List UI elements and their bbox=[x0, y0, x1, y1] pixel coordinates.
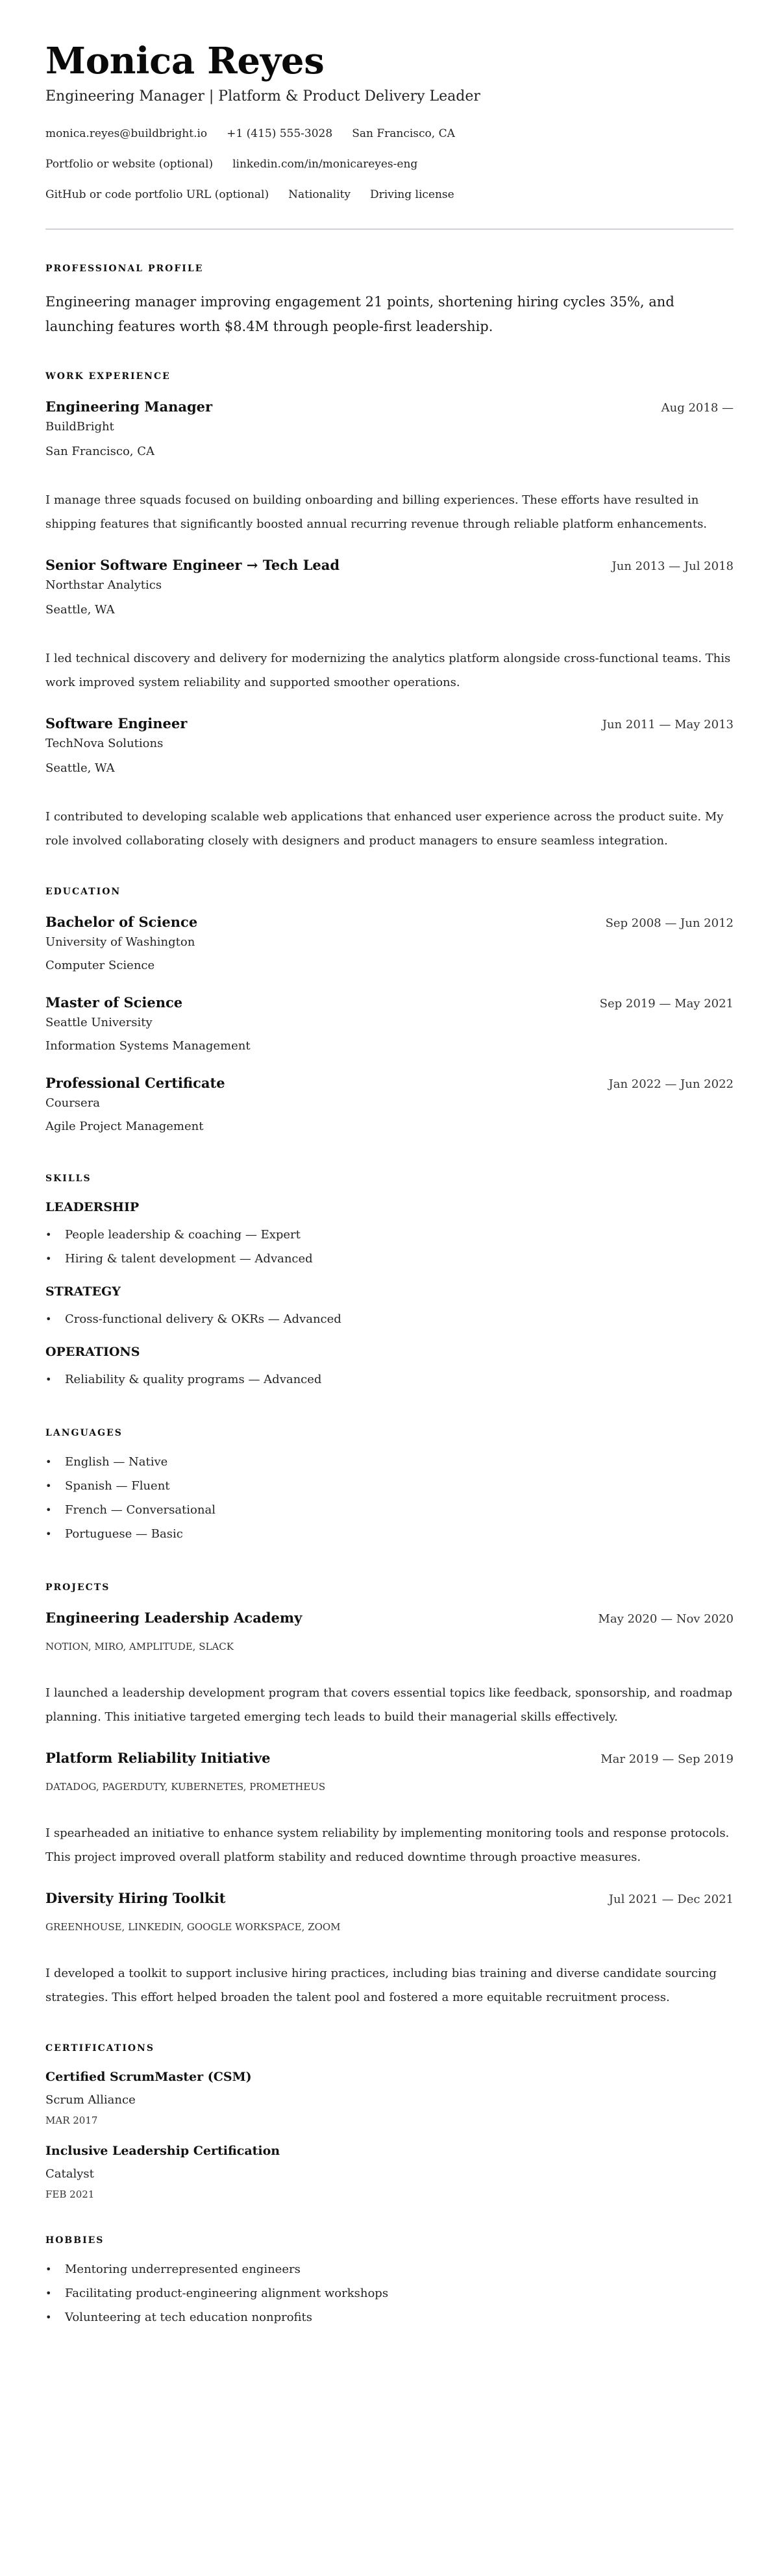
project-entry: Platform Reliability Initiative Mar 2019… bbox=[45, 1748, 734, 1869]
certification-name: Inclusive Leadership Certification bbox=[45, 2142, 734, 2160]
header-divider bbox=[45, 228, 734, 230]
contact-location: San Francisco, CA bbox=[352, 126, 455, 141]
language-item: Portuguese — Basic bbox=[45, 1522, 734, 1546]
education-dates: Sep 2019 — May 2021 bbox=[600, 994, 734, 1014]
skill-item: Hiring & talent development — Advanced bbox=[45, 1247, 734, 1271]
job-dates: Jun 2011 — May 2013 bbox=[602, 715, 734, 735]
skill-group: Operations Reliability & quality program… bbox=[45, 1343, 734, 1392]
school-name: Coursera bbox=[45, 1094, 734, 1112]
project-dates: Mar 2019 — Sep 2019 bbox=[600, 1750, 734, 1769]
project-entry: Diversity Hiring Toolkit Jul 2021 — Dec … bbox=[45, 1889, 734, 2009]
job-title: Engineering Manager bbox=[45, 397, 212, 417]
project-name: Platform Reliability Initiative bbox=[45, 1748, 271, 1768]
section-certifications: Certifications Certified ScrumMaster (CS… bbox=[45, 2042, 734, 2202]
job-dates: Aug 2018 — bbox=[662, 399, 734, 418]
contact-portfolio[interactable]: Portfolio or website (optional) bbox=[45, 156, 213, 172]
section-experience: Work Experience Engineering Manager Aug … bbox=[45, 370, 734, 853]
school-name: University of Washington bbox=[45, 933, 734, 951]
section-education: Education Bachelor of Science Sep 2008 —… bbox=[45, 885, 734, 1136]
hobby-item: Volunteering at tech education nonprofit… bbox=[45, 2305, 734, 2329]
job-company: BuildBright bbox=[45, 418, 734, 436]
language-item: English — Native bbox=[45, 1450, 734, 1474]
section-skills: Skills Leadership People leadership & co… bbox=[45, 1172, 734, 1392]
skill-list: Cross-functional delivery & OKRs — Advan… bbox=[45, 1307, 734, 1331]
job-dates: Jun 2013 — Jul 2018 bbox=[612, 557, 734, 576]
candidate-headline: Engineering Manager | Platform & Product… bbox=[45, 87, 734, 106]
experience-entry: Senior Software Engineer → Tech Lead Jun… bbox=[45, 556, 734, 694]
project-name: Engineering Leadership Academy bbox=[45, 1608, 302, 1628]
section-projects: Projects Engineering Leadership Academy … bbox=[45, 1581, 734, 2009]
section-title-education: Education bbox=[45, 885, 734, 898]
skill-group-title: Strategy bbox=[45, 1282, 734, 1301]
job-company: TechNova Solutions bbox=[45, 735, 734, 753]
job-title: Senior Software Engineer → Tech Lead bbox=[45, 556, 340, 575]
job-company: Northstar Analytics bbox=[45, 576, 734, 595]
contact-nationality: Nationality bbox=[288, 187, 351, 202]
project-name: Diversity Hiring Toolkit bbox=[45, 1889, 225, 1908]
job-location: Seattle, WA bbox=[45, 601, 734, 619]
section-title-experience: Work Experience bbox=[45, 370, 734, 383]
hobby-item: Mentoring underrepresented engineers bbox=[45, 2257, 734, 2281]
field-of-study: Information Systems Management bbox=[45, 1037, 734, 1055]
section-title-profile: Professional Profile bbox=[45, 262, 734, 275]
project-entry: Engineering Leadership Academy May 2020 … bbox=[45, 1608, 734, 1729]
resume-header: Monica Reyes Engineering Manager | Platf… bbox=[45, 40, 734, 230]
job-description: I manage three squads focused on buildin… bbox=[45, 488, 734, 536]
skill-list: Reliability & quality programs — Advance… bbox=[45, 1368, 734, 1392]
section-title-hobbies: Hobbies bbox=[45, 2234, 734, 2247]
contact-driving-license: Driving license bbox=[370, 187, 454, 202]
resume-page: Monica Reyes Engineering Manager | Platf… bbox=[0, 0, 779, 2368]
section-title-certifications: Certifications bbox=[45, 2042, 734, 2055]
skill-item: Reliability & quality programs — Advance… bbox=[45, 1368, 734, 1392]
contact-row-primary: monica.reyes@buildbright.io +1 (415) 555… bbox=[45, 126, 734, 141]
education-entry: Master of Science Sep 2019 — May 2021 Se… bbox=[45, 993, 734, 1055]
section-title-languages: Languages bbox=[45, 1427, 734, 1440]
contact-row-links: Portfolio or website (optional) linkedin… bbox=[45, 156, 734, 172]
hobby-item: Facilitating product-engineering alignme… bbox=[45, 2281, 734, 2305]
candidate-name: Monica Reyes bbox=[45, 40, 734, 82]
certification-date: Feb 2021 bbox=[45, 2187, 734, 2202]
section-profile: Professional Profile Engineering manager… bbox=[45, 262, 734, 339]
section-languages: Languages English — Native Spanish — Flu… bbox=[45, 1427, 734, 1546]
certification-date: Mar 2017 bbox=[45, 2113, 734, 2128]
project-description: I launched a leadership development prog… bbox=[45, 1681, 734, 1729]
experience-entry: Engineering Manager Aug 2018 — BuildBrig… bbox=[45, 397, 734, 536]
language-item: Spanish — Fluent bbox=[45, 1474, 734, 1498]
certification-entry: Certified ScrumMaster (CSM) Scrum Allian… bbox=[45, 2068, 734, 2128]
skill-group: Strategy Cross-functional delivery & OKR… bbox=[45, 1282, 734, 1331]
contact-phone[interactable]: +1 (415) 555-3028 bbox=[227, 126, 332, 141]
skill-group: Leadership People leadership & coaching … bbox=[45, 1198, 734, 1271]
section-title-projects: Projects bbox=[45, 1581, 734, 1594]
section-title-skills: Skills bbox=[45, 1172, 734, 1185]
job-description: I led technical discovery and delivery f… bbox=[45, 646, 734, 694]
contact-github[interactable]: GitHub or code portfolio URL (optional) bbox=[45, 187, 269, 202]
field-of-study: Computer Science bbox=[45, 957, 734, 975]
language-item: French — Conversational bbox=[45, 1498, 734, 1522]
skill-item: People leadership & coaching — Expert bbox=[45, 1223, 734, 1247]
job-description: I contributed to developing scalable web… bbox=[45, 805, 734, 853]
school-name: Seattle University bbox=[45, 1014, 734, 1032]
education-dates: Sep 2008 — Jun 2012 bbox=[606, 914, 734, 933]
certification-entry: Inclusive Leadership Certification Catal… bbox=[45, 2142, 734, 2202]
project-dates: Jul 2021 — Dec 2021 bbox=[609, 1890, 734, 1909]
project-tech-stack: Datadog, PagerDuty, Kubernetes, Promethe… bbox=[45, 1780, 734, 1794]
field-of-study: Agile Project Management bbox=[45, 1118, 734, 1136]
project-tech-stack: Greenhouse, LinkedIn, Google Workspace, … bbox=[45, 1920, 734, 1934]
project-description: I spearheaded an initiative to enhance s… bbox=[45, 1821, 734, 1869]
skill-group-title: Leadership bbox=[45, 1198, 734, 1216]
language-list: English — Native Spanish — Fluent French… bbox=[45, 1450, 734, 1546]
education-dates: Jan 2022 — Jun 2022 bbox=[609, 1075, 734, 1094]
job-title: Software Engineer bbox=[45, 714, 187, 733]
skill-item: Cross-functional delivery & OKRs — Advan… bbox=[45, 1307, 734, 1331]
profile-summary: Engineering manager improving engagement… bbox=[45, 289, 734, 339]
degree-title: Master of Science bbox=[45, 993, 182, 1012]
project-tech-stack: Notion, Miro, Amplitude, Slack bbox=[45, 1639, 734, 1654]
certification-issuer: Scrum Alliance bbox=[45, 2091, 734, 2109]
experience-entry: Software Engineer Jun 2011 — May 2013 Te… bbox=[45, 714, 734, 853]
job-location: Seattle, WA bbox=[45, 759, 734, 778]
education-entry: Professional Certificate Jan 2022 — Jun … bbox=[45, 1073, 734, 1136]
degree-title: Bachelor of Science bbox=[45, 913, 197, 932]
certification-name: Certified ScrumMaster (CSM) bbox=[45, 2068, 734, 2086]
job-location: San Francisco, CA bbox=[45, 443, 734, 461]
skill-list: People leadership & coaching — Expert Hi… bbox=[45, 1223, 734, 1271]
degree-title: Professional Certificate bbox=[45, 1073, 225, 1093]
project-description: I developed a toolkit to support inclusi… bbox=[45, 1961, 734, 2009]
certification-issuer: Catalyst bbox=[45, 2165, 734, 2183]
project-dates: May 2020 — Nov 2020 bbox=[598, 1610, 734, 1629]
contact-email[interactable]: monica.reyes@buildbright.io bbox=[45, 126, 207, 141]
education-entry: Bachelor of Science Sep 2008 — Jun 2012 … bbox=[45, 913, 734, 975]
hobby-list: Mentoring underrepresented engineers Fac… bbox=[45, 2257, 734, 2329]
section-hobbies: Hobbies Mentoring underrepresented engin… bbox=[45, 2234, 734, 2329]
skill-group-title: Operations bbox=[45, 1343, 734, 1361]
contact-row-extra: GitHub or code portfolio URL (optional) … bbox=[45, 187, 734, 202]
contact-linkedin[interactable]: linkedin.com/in/monicareyes-eng bbox=[232, 156, 417, 172]
